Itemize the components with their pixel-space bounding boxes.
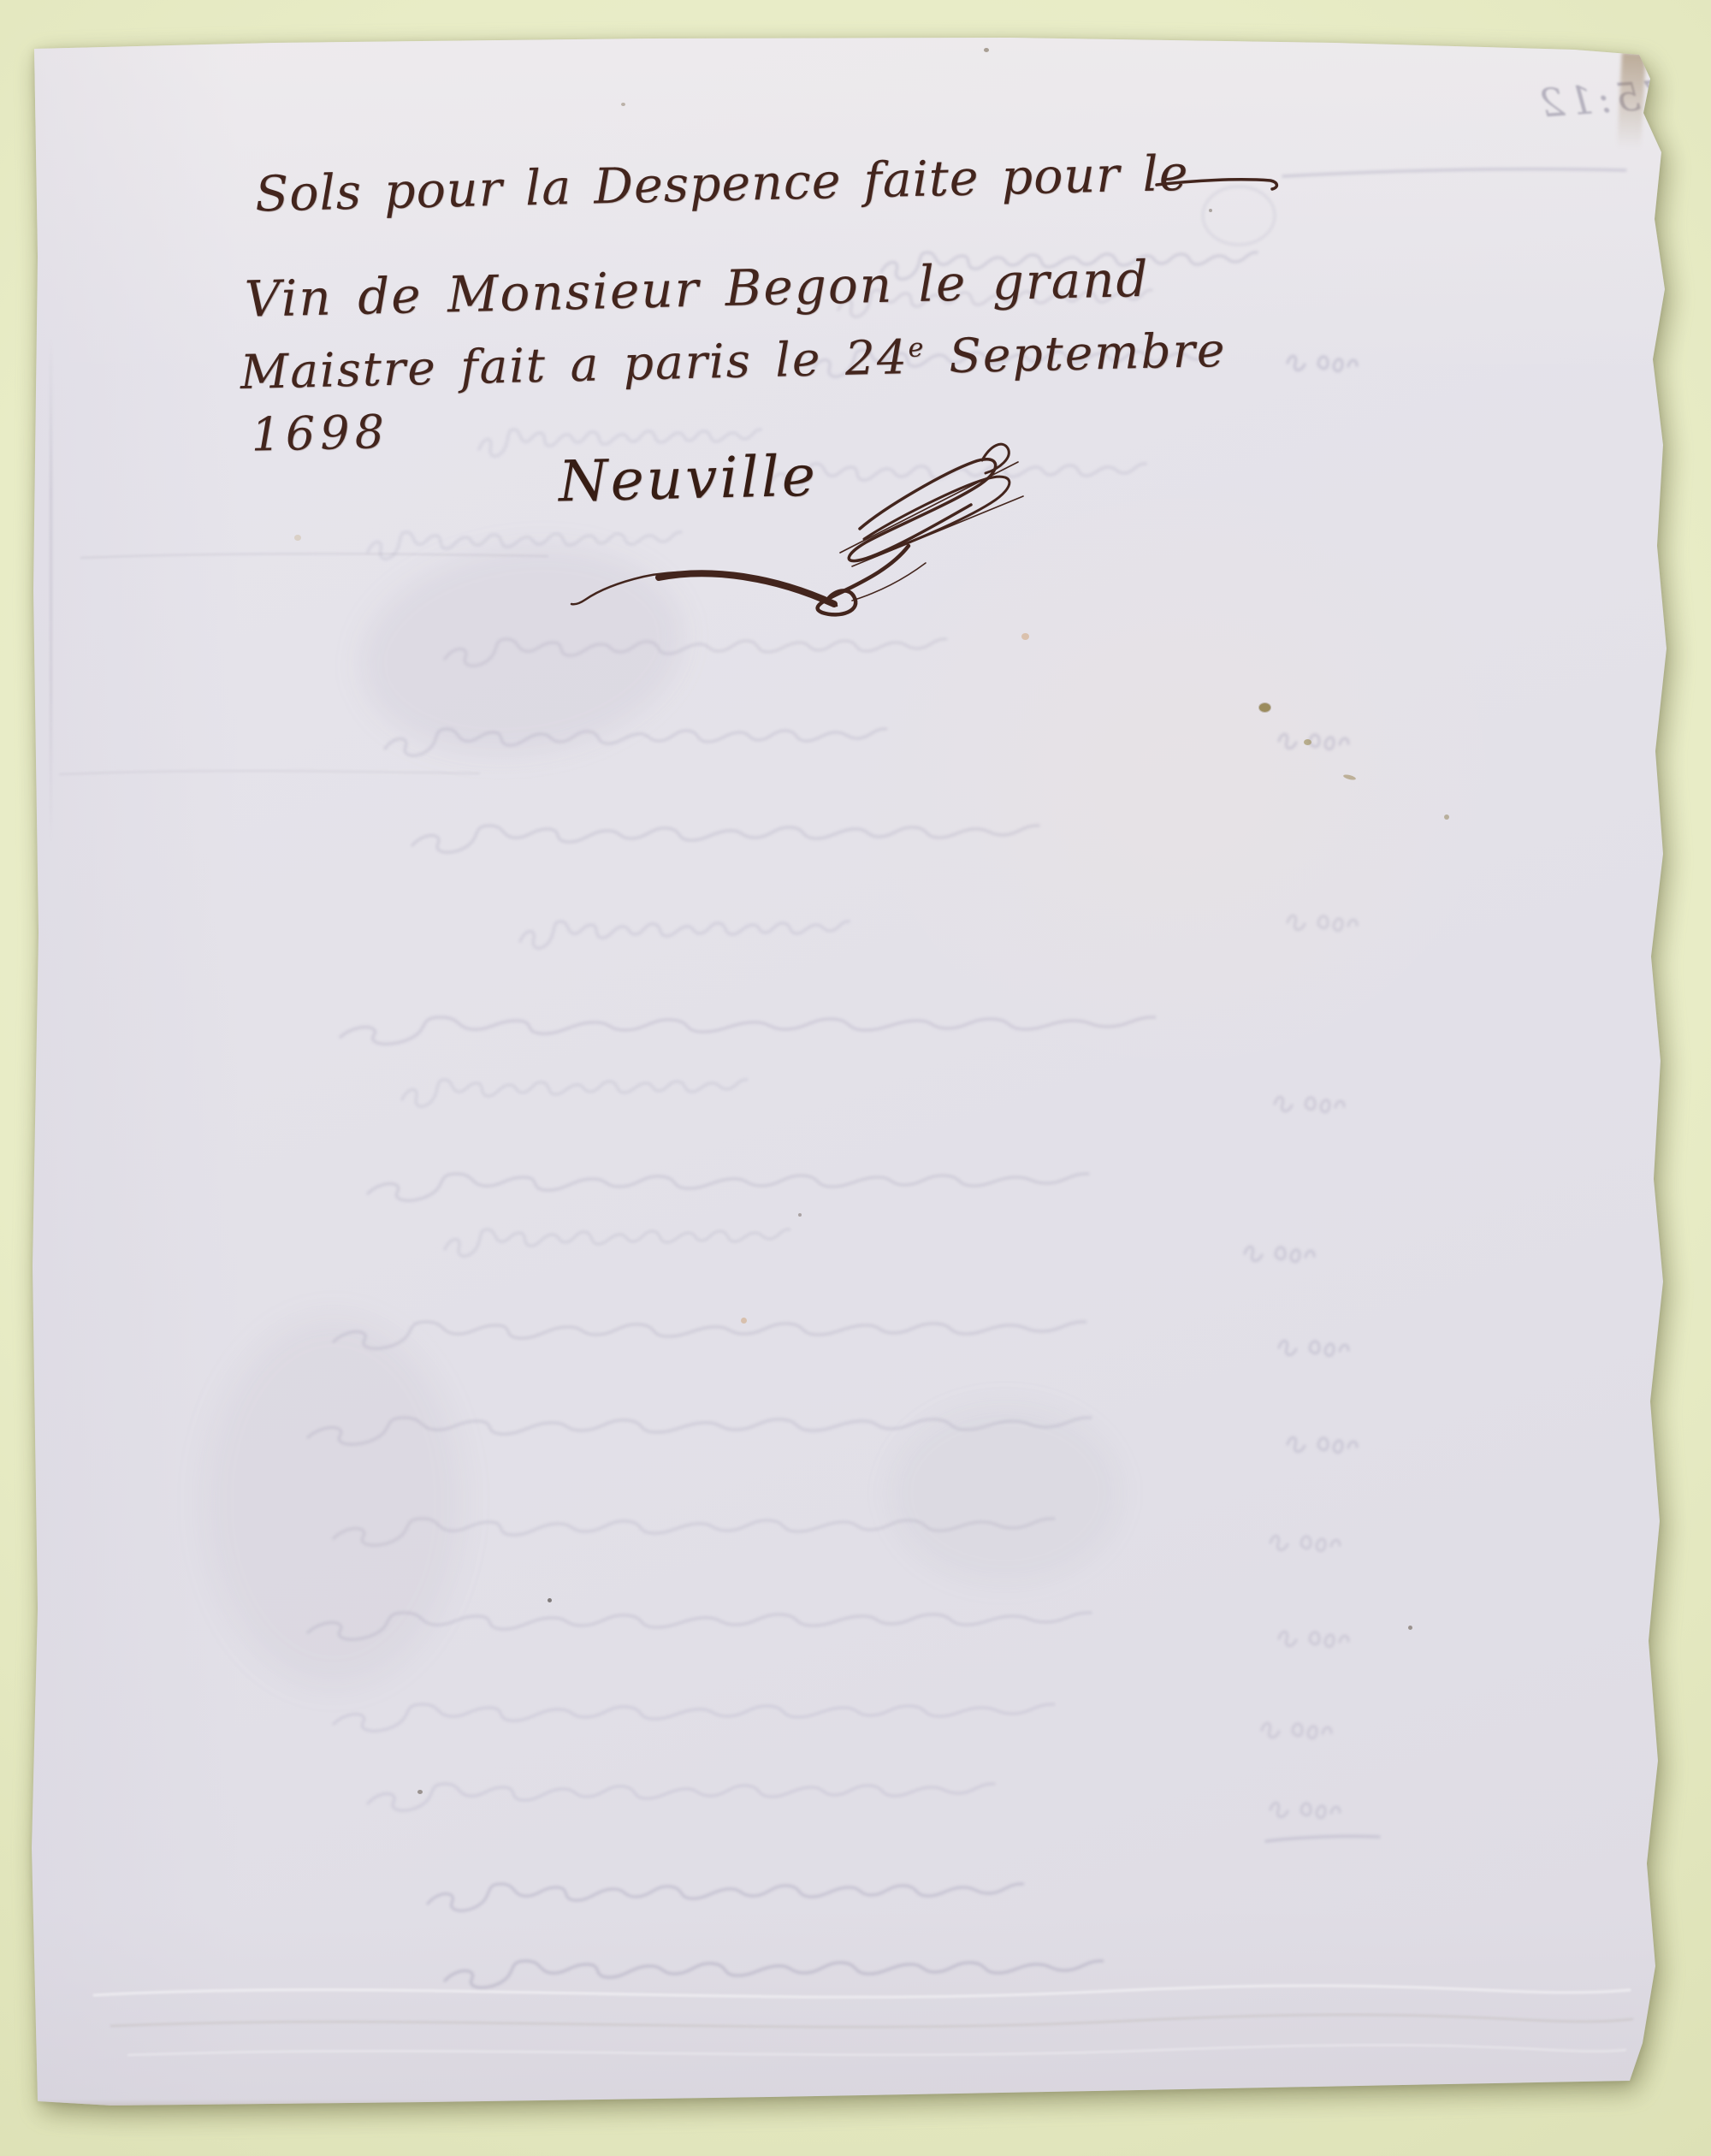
deckle-edge-bottom: [26, 2100, 1660, 2108]
manuscript-paper: 75:12 Sols pour la Despence faite pour l…: [0, 0, 1711, 2156]
signature-paraph-flourish: [0, 0, 1711, 2156]
paper-shadow: 75:12 Sols pour la Despence faite pour l…: [0, 0, 1711, 2156]
torn-corner-top-right: [1617, 52, 1646, 149]
torn-edge-right: [1696, 0, 1711, 2096]
manuscript-photo: 75:12 Sols pour la Despence faite pour l…: [0, 0, 1711, 2156]
line1-trailing-dash: [1157, 180, 1276, 189]
